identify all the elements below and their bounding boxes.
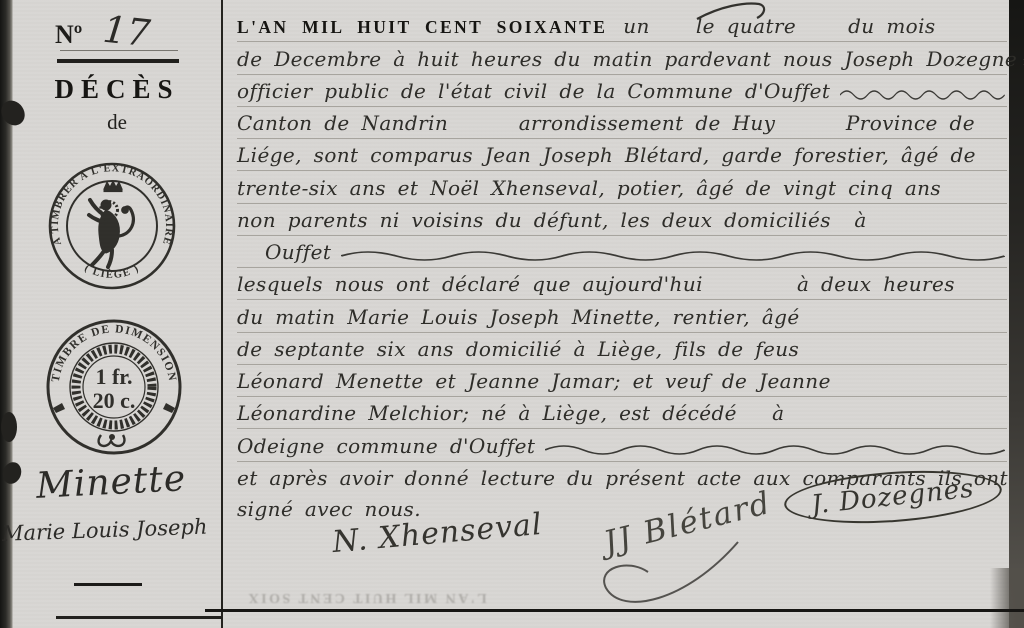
act-line: Ouffet — [237, 236, 1007, 268]
stamp2-value-top: 1 fr. — [95, 364, 132, 389]
margin-bottom-rule — [56, 616, 222, 619]
act-line: non parents ni voisins du défunt, les de… — [237, 204, 1007, 236]
deceased-given-names: Marie Louis Joseph — [2, 514, 218, 545]
act-line: trente-six ans et Noël Xhenseval, potier… — [237, 171, 1007, 203]
act-line-text: non parents ni voisins du défunt, les de… — [237, 206, 867, 235]
binding-blot — [1, 412, 17, 442]
margin-divider-line — [221, 0, 223, 628]
opening-word-3: du mois — [848, 12, 936, 41]
act-line-text: officier public de l'état civil de la Co… — [237, 77, 830, 106]
act-line: du matin Marie Louis Joseph Minette, ren… — [237, 300, 1007, 332]
act-line-text: de Decembre à huit heures du matin parde… — [237, 45, 1017, 74]
act-line: de septante six ans domicilié à Liège, f… — [237, 333, 1007, 365]
fill-squiggle — [341, 248, 1005, 262]
act-line-text: Léonard Menette et Jeanne Jamar; et veuf… — [237, 367, 831, 396]
act-line-text: Canton de Nandrin arrondissement de Huy … — [237, 109, 975, 138]
revenue-stamp-extraordinaire: A TIMBRER A L'EXTRAORDINAIRE ( LIÈGE ) — [46, 160, 178, 292]
record-number-value: 17 — [101, 8, 152, 56]
bleedthrough-text: L'AN MIL HUIT CENT SOIX — [246, 589, 487, 605]
act-line: Canton de Nandrin arrondissement de Huy … — [237, 107, 1007, 139]
act-line-text: de septante six ans domicilié à Liège, f… — [237, 335, 799, 364]
record-number-rule — [57, 59, 179, 63]
record-number-label: Nº — [55, 20, 82, 50]
act-line-text: du matin Marie Louis Joseph Minette, ren… — [237, 303, 800, 332]
act-type-title: DÉCÈS — [13, 74, 221, 105]
act-line-text: Ouffet — [265, 238, 331, 267]
act-line-text: Liége, sont comparus Jean Joseph Blétard… — [237, 141, 976, 170]
act-type-subtitle: de — [13, 110, 221, 135]
act-line-text: Odeigne commune d'Ouffet — [237, 432, 535, 461]
act-line: officier public de l'état civil de la Co… — [237, 75, 1007, 107]
fill-squiggle — [840, 87, 1005, 101]
act-line-text: trente-six ans et Noël Xhenseval, potier… — [237, 174, 941, 203]
act-line: lesquels nous ont déclaré que aujourd'hu… — [237, 268, 1007, 300]
signature-dozegnes: J. Dozegnes — [810, 474, 976, 521]
act-line: Léonard Menette et Jeanne Jamar; et veuf… — [237, 365, 1007, 397]
act-line-text: lesquels nous ont déclaré que aujourd'hu… — [237, 270, 955, 299]
act-body: L'AN MIL HUIT CENT SOIXANTE un le quatre… — [237, 10, 1007, 524]
fill-squiggle — [545, 442, 1005, 456]
act-line: de Decembre à huit heures du matin parde… — [237, 42, 1007, 74]
right-corner-shadow — [990, 568, 1024, 628]
margin-short-rule — [74, 583, 142, 586]
rampant-lion-icon — [89, 181, 133, 267]
revenue-stamp-dimension: TIMBRE DE DIMENSION 1 fr. 20 c. — [43, 316, 185, 458]
printed-opening: L'AN MIL HUIT CENT SOIXANTE — [237, 14, 607, 41]
right-page-edge — [1009, 0, 1024, 628]
act-line: Léonardine Melchior; né à Liège, est déc… — [237, 397, 1007, 429]
act-line: L'AN MIL HUIT CENT SOIXANTE un le quatre… — [237, 10, 1007, 42]
deceased-surname: Minette — [35, 458, 187, 507]
opening-word-2: le quatre — [696, 12, 796, 41]
stamp2-value-bottom: 20 c. — [93, 388, 136, 413]
act-line-text: Léonardine Melchior; né à Liège, est déc… — [237, 399, 785, 428]
act-line: Liége, sont comparus Jean Joseph Blétard… — [237, 139, 1007, 171]
signature-flourish-icon — [586, 536, 756, 614]
act-line: Odeigne commune d'Ouffet — [237, 429, 1007, 461]
death-record-scan: Nº 17 DÉCÈS de A TIMBRER A L'EXTRAORDINA… — [0, 0, 1024, 628]
opening-word-1: un — [623, 12, 650, 41]
